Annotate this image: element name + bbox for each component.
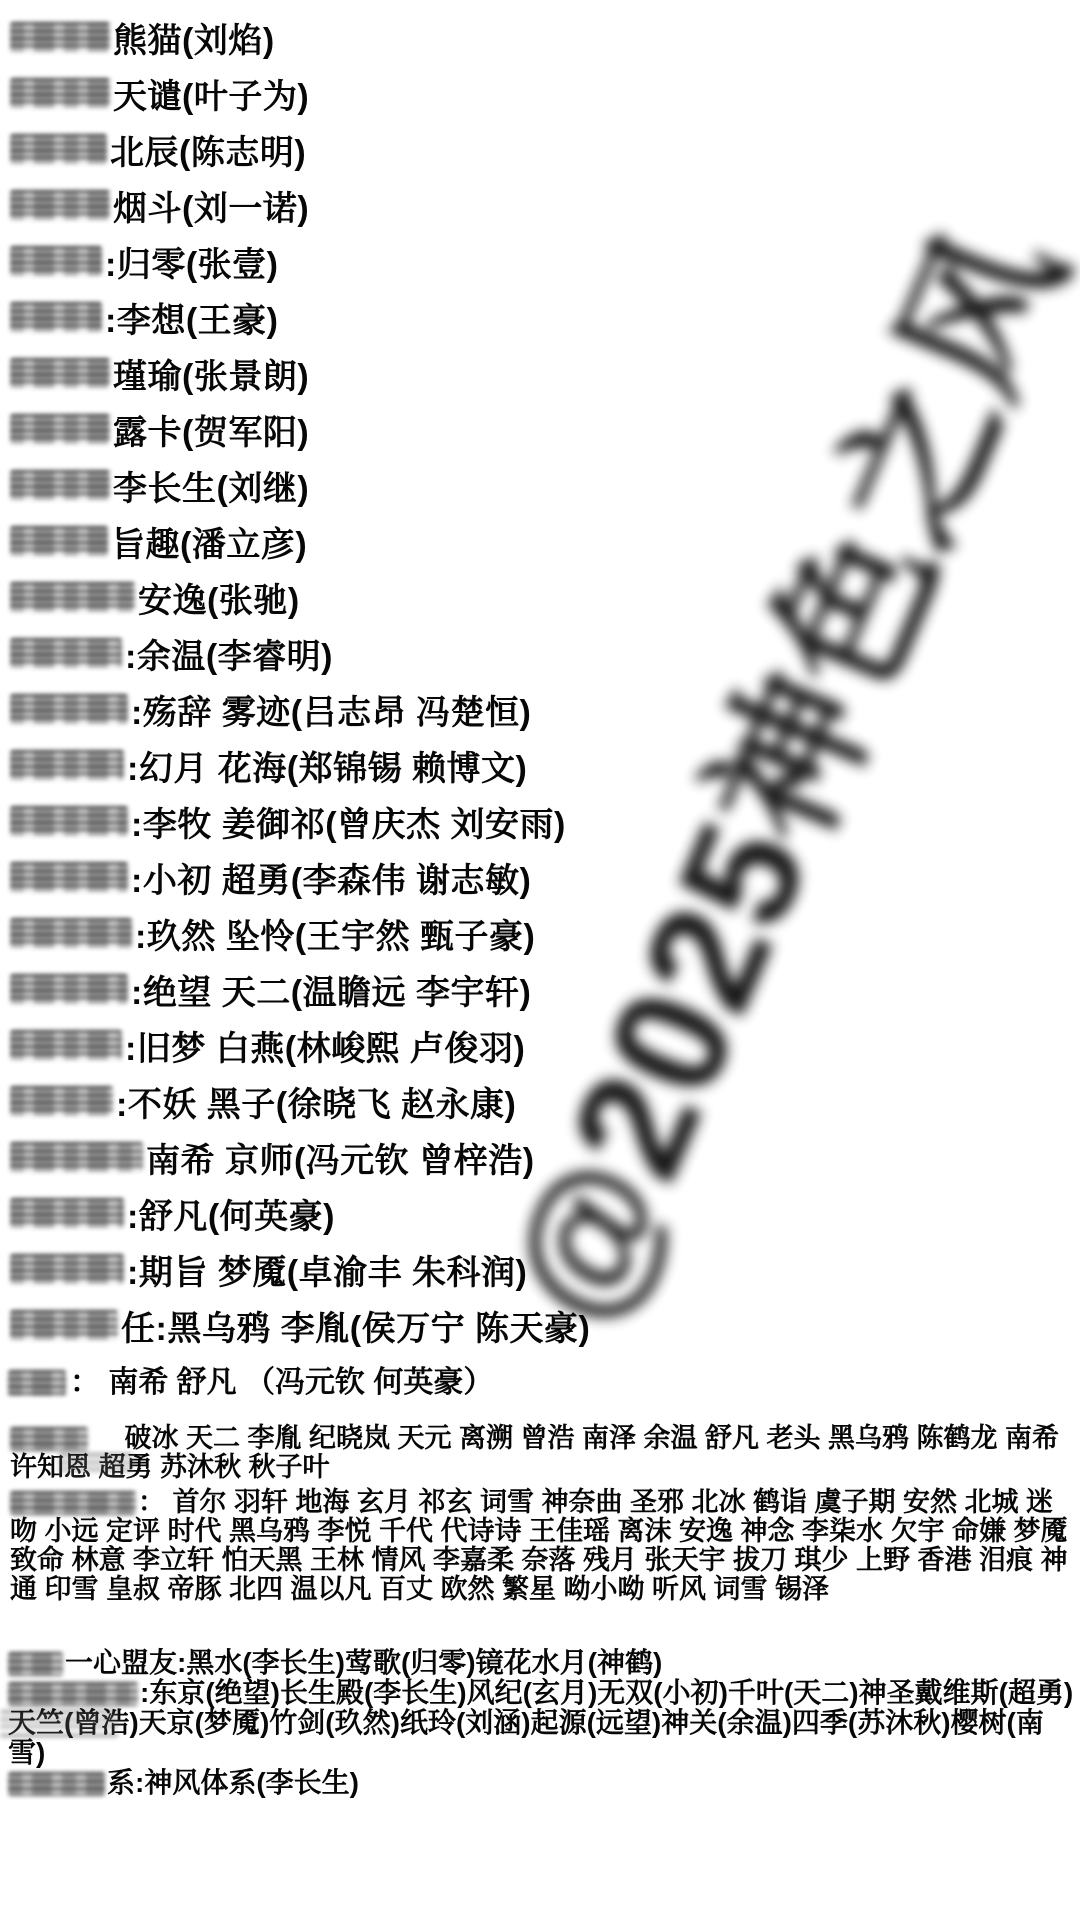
roster-row: 旨趣(潘立彦) <box>10 513 1080 569</box>
roster-entry-text: 李长生(刘继) <box>113 461 309 510</box>
roster-entry-text: :李想(王豪) <box>105 293 278 342</box>
roster-entry-text: 烟斗(刘一诺) <box>113 181 309 230</box>
alliance-line: 一心盟友:黑水(李长生)莺歌(归零)镜花水月(神鹤) <box>8 1648 1076 1678</box>
roster-row: :余温(李睿明) <box>10 625 1080 681</box>
summary-row: ： 南希 舒凡 （冯元钦 何英豪） <box>8 1366 1080 1400</box>
member-paragraphs: 破冰 天二 李胤 纪晓岚 天元 离溯 曾浩 南泽 余温 舒凡 老头 黑乌鸦 陈鹤… <box>10 1424 1074 1610</box>
roster-row: 李长生(刘继) <box>10 457 1080 513</box>
roster-entry-text: 旨趣(潘立彦) <box>111 517 307 566</box>
redacted-label <box>10 1427 88 1451</box>
redacted-label <box>10 806 128 836</box>
redacted-label <box>10 526 108 556</box>
roster-entry-text: 天谴(叶子为) <box>113 69 309 118</box>
roster-row: :小初 超勇(李森伟 谢志敏) <box>10 849 1080 905</box>
redacted-label <box>8 1682 138 1706</box>
redacted-label <box>10 358 110 388</box>
roster-entry-text: :舒凡(何英豪) <box>127 1189 335 1238</box>
leaders-summary: ： 南希 舒凡 （冯元钦 何英豪） <box>8 1366 1080 1400</box>
roster-entry-text: :玖然 坠怜(王宇然 甄子豪) <box>135 909 535 958</box>
alliance-block: 一心盟友:黑水(李长生)莺歌(归零)镜花水月(神鹤):东京(绝望)长生殿(李长生… <box>8 1648 1076 1798</box>
redacted-label <box>8 1652 63 1676</box>
redacted-label <box>10 1142 143 1172</box>
roster-entry-text: 安逸(张驰) <box>138 573 300 622</box>
roster-entry-text: 北辰(陈志明) <box>110 125 306 174</box>
roster-row: :幻月 花海(郑锦锡 赖博文) <box>10 737 1080 793</box>
redacted-label <box>10 694 128 724</box>
roster-row: 天谴(叶子为) <box>10 65 1080 121</box>
redacted-label <box>10 1491 136 1515</box>
roster-row: :归零(张壹) <box>10 233 1080 289</box>
alliance-line: 系:神风体系(李长生) <box>8 1768 1076 1798</box>
roster-entry-text: 熊猫(刘焰) <box>113 13 275 62</box>
roster-row: 熊猫(刘焰) <box>10 9 1080 65</box>
redacted-label <box>10 862 128 892</box>
roster-row: 安逸(张驰) <box>10 569 1080 625</box>
roster-row: 烟斗(刘一诺) <box>10 177 1080 233</box>
paragraph-text: 破冰 天二 李胤 纪晓岚 天元 离溯 曾浩 南泽 余温 舒凡 老头 黑乌鸦 陈鹤… <box>10 1423 1059 1482</box>
alliance-line: :东京(绝望)长生殿(李长生)风纪(玄月)无双(小初)千叶(天二)神圣戴维斯(超… <box>8 1678 1076 1768</box>
roster-entry-text: 任:黑乌鸦 李胤(侯万宁 陈天豪) <box>121 1301 590 1350</box>
redacted-label <box>10 78 110 108</box>
roster-row: 露卡(贺军阳) <box>10 401 1080 457</box>
roster-entry-text: :不妖 黑子(徐晓飞 赵永康) <box>116 1077 516 1126</box>
roster-entry-text: :小初 超勇(李森伟 谢志敏) <box>131 853 531 902</box>
redacted-label <box>10 1310 118 1340</box>
redacted-label <box>8 1370 66 1396</box>
summary-text: ： 南希 舒凡 （冯元钦 何英豪） <box>70 1366 493 1399</box>
roster-entry-text: :幻月 花海(郑锦锡 赖博文) <box>127 741 527 790</box>
redacted-label <box>10 246 102 276</box>
roster-row: 瑾瑜(张景朗) <box>10 345 1080 401</box>
paragraph-separator: ： <box>138 1487 173 1517</box>
redacted-label <box>10 1254 124 1284</box>
roster-entry-text: :旧梦 白燕(林峻熙 卢俊羽) <box>125 1021 525 1070</box>
redacted-label <box>10 1086 113 1116</box>
redacted-label <box>10 750 124 780</box>
roster-row: :玖然 坠怜(王宇然 甄子豪) <box>10 905 1080 961</box>
roster-row: :旧梦 白燕(林峻熙 卢俊羽) <box>10 1017 1080 1073</box>
redacted-label <box>10 134 107 164</box>
roster-entry-text: 露卡(贺军阳) <box>113 405 309 454</box>
roster-entry-text: :李牧 姜御祁(曾庆杰 刘安雨) <box>131 797 566 846</box>
roster-row: :李牧 姜御祁(曾庆杰 刘安雨) <box>10 793 1080 849</box>
roster-entry-text: 南希 京师(冯元钦 曾梓浩) <box>146 1133 535 1182</box>
redacted-label <box>10 414 110 444</box>
redacted-label <box>10 582 135 612</box>
roster-entry-text: :殇辞 雾迹(吕志昂 冯楚恒) <box>131 685 531 734</box>
redacted-label <box>10 470 110 500</box>
redacted-label <box>10 22 110 52</box>
roster-row: :期旨 梦魇(卓渝丰 朱科润) <box>10 1241 1080 1297</box>
redacted-label <box>10 1198 124 1228</box>
roster-row: 北辰(陈志明) <box>10 121 1080 177</box>
roster-row: 南希 京师(冯元钦 曾梓浩) <box>10 1129 1080 1185</box>
document-page: 熊猫(刘焰)天谴(叶子为)北辰(陈志明)烟斗(刘一诺):归零(张壹):李想(王豪… <box>0 0 1080 1920</box>
redacted-label <box>10 302 102 332</box>
roster-entry-text: :期旨 梦魇(卓渝丰 朱科润) <box>127 1245 527 1294</box>
roster-entry-text: 瑾瑜(张景朗) <box>113 349 309 398</box>
member-paragraph: ： 首尔 羽轩 地海 玄月 祁玄 词雪 神奈曲 圣邪 北冰 鹤诣 虞子期 安然 … <box>10 1488 1074 1604</box>
roster-row: :绝望 天二(温瞻远 李宇轩) <box>10 961 1080 1017</box>
roster-list: 熊猫(刘焰)天谴(叶子为)北辰(陈志明)烟斗(刘一诺):归零(张壹):李想(王豪… <box>10 9 1080 1353</box>
roster-row: :殇辞 雾迹(吕志昂 冯楚恒) <box>10 681 1080 737</box>
redacted-label <box>8 1772 105 1796</box>
roster-row: :不妖 黑子(徐晓飞 赵永康) <box>10 1073 1080 1129</box>
roster-row: :舒凡(何英豪) <box>10 1185 1080 1241</box>
alliance-text: :东京(绝望)长生殿(李长生)风纪(玄月)无双(小初)千叶(天二)神圣戴维斯(超… <box>8 1677 1073 1768</box>
alliance-text: 系:神风体系(李长生) <box>107 1767 359 1798</box>
redacted-label <box>10 190 110 220</box>
redacted-label <box>10 918 132 948</box>
redacted-label <box>10 974 128 1004</box>
member-paragraph: 破冰 天二 李胤 纪晓岚 天元 离溯 曾浩 南泽 余温 舒凡 老头 黑乌鸦 陈鹤… <box>10 1424 1074 1482</box>
roster-entry-text: :余温(李睿明) <box>125 629 333 678</box>
roster-entry-text: :绝望 天二(温瞻远 李宇轩) <box>131 965 531 1014</box>
roster-row: :李想(王豪) <box>10 289 1080 345</box>
roster-row: 任:黑乌鸦 李胤(侯万宁 陈天豪) <box>10 1297 1080 1353</box>
redacted-label <box>10 1030 122 1060</box>
paragraph-separator <box>90 1423 125 1453</box>
alliance-text: 一心盟友:黑水(李长生)莺歌(归零)镜花水月(神鹤) <box>65 1647 662 1678</box>
redacted-label <box>10 638 122 668</box>
roster-entry-text: :归零(张壹) <box>105 237 278 286</box>
